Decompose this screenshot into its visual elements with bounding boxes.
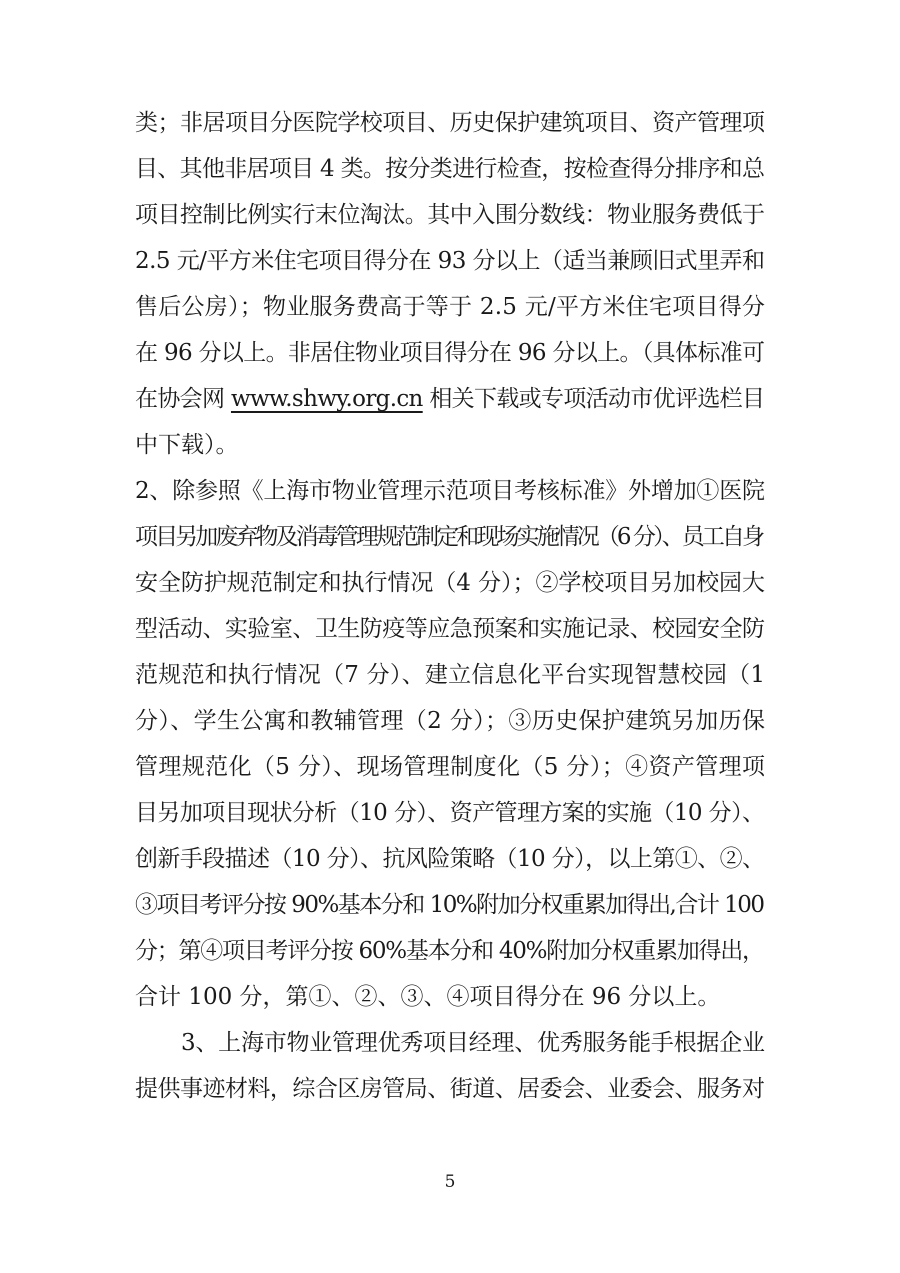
text-line: 安全防护规范制定和执行情况（4 分）；②学校项目另加校园大 [135,560,765,606]
page-number: 5 [135,1172,765,1192]
text-line-content: 类；非居项目分医院学校项目、历史保护建筑项目、资产管理项 [135,100,764,146]
text-line-content: 合计 100 分，第①、②、③、④项目得分在 96 分以上。 [135,974,720,1020]
text-line: 管理规范化（5 分）、现场管理制度化（5 分）；④资产管理项 [135,744,765,790]
text-line: 合计 100 分，第①、②、③、④项目得分在 96 分以上。 [135,974,765,1020]
text-line: 提供事迹材料，综合区房管局、街道、居委会、业委会、服务对 [135,1066,765,1112]
text-line: 项目另加废弃物及消毒管理规范制定和现场实施情况（6 分）、员工自身 [135,514,765,560]
text-line: ③项目考评分按 90%基本分和 10%附加分权重累加得出,合计 100 [135,882,765,928]
text-line-content: 2.5 元/平方米住宅项目得分在 93 分以上（适当兼顾旧式里弄和 [135,238,764,284]
text-line: 分）、学生公寓和教辅管理（2 分）；③历史保护建筑另加历保 [135,698,765,744]
text-segment: 在协会网 [135,386,231,412]
text-line: 项目控制比例实行末位淘汰。其中入围分数线：物业服务费低于 [135,192,765,238]
text-line-content: 2、除参照《上海市物业管理示范项目考核标准》外增加①医院 [135,468,765,514]
text-line-content: 在 96 分以上。非居住物业项目得分在 96 分以上。（具体标准可 [135,330,764,376]
text-line: 分；第④项目考评分按 60%基本分和 40%附加分权重累加得出， [135,928,765,974]
text-line-content: 目、其他非居项目 4 类。按分类进行检查，按检查得分排序和总 [135,146,764,192]
text-line-content: 创新手段描述（10 分）、抗风险策略（10 分），以上第①、②、 [135,836,764,882]
document-page: 类；非居项目分医院学校项目、历史保护建筑项目、资产管理项目、其他非居项目 4 类… [0,0,900,1273]
text-line: 在协会网 www.shwy.org.cn 相关下载或专项活动市优评选栏目 [135,376,765,422]
text-line-content: 售后公房）；物业服务费高于等于 2.5 元/平方米住宅项目得分 [135,284,765,330]
text-line: 类；非居项目分医院学校项目、历史保护建筑项目、资产管理项 [135,100,765,146]
text-line: 型活动、实验室、卫生防疫等应急预案和实施记录、校园安全防 [135,606,765,652]
text-line-content: 3、上海市物业管理优秀项目经理、优秀服务能手根据企业 [181,1020,765,1066]
text-line: 在 96 分以上。非居住物业项目得分在 96 分以上。（具体标准可 [135,330,765,376]
text-line: 2、除参照《上海市物业管理示范项目考核标准》外增加①医院 [135,468,765,514]
text-line: 2.5 元/平方米住宅项目得分在 93 分以上（适当兼顾旧式里弄和 [135,238,765,284]
document-text-block: 类；非居项目分医院学校项目、历史保护建筑项目、资产管理项目、其他非居项目 4 类… [135,100,765,1112]
text-line: 目、其他非居项目 4 类。按分类进行检查，按检查得分排序和总 [135,146,765,192]
hyperlink-url[interactable]: www.shwy.org.cn [231,386,423,412]
text-line: 3、上海市物业管理优秀项目经理、优秀服务能手根据企业 [135,1020,765,1066]
text-line-content: 管理规范化（5 分）、现场管理制度化（5 分）；④资产管理项 [135,744,765,790]
text-line: 目另加项目现状分析（10 分）、资产管理方案的实施（10 分）、 [135,790,765,836]
text-line-content: 项目控制比例实行末位淘汰。其中入围分数线：物业服务费低于 [135,192,764,238]
text-line-content: 范规范和执行情况（7 分）、建立信息化平台实现智慧校园（1 [135,652,765,698]
text-line-content: 安全防护规范制定和执行情况（4 分）；②学校项目另加校园大 [135,560,765,606]
text-line-content: 中下载）。 [135,422,239,468]
text-line: 范规范和执行情况（7 分）、建立信息化平台实现智慧校园（1 [135,652,765,698]
text-segment: 相关下载或专项活动市优评选栏目 [423,386,765,412]
text-line-content: 型活动、实验室、卫生防疫等应急预案和实施记录、校园安全防 [135,606,764,652]
text-line: 售后公房）；物业服务费高于等于 2.5 元/平方米住宅项目得分 [135,284,765,330]
text-line-content: 分）、学生公寓和教辅管理（2 分）；③历史保护建筑另加历保 [135,698,765,744]
text-line-content: 分；第④项目考评分按 60%基本分和 40%附加分权重累加得出， [135,928,764,974]
text-line-content: 项目另加废弃物及消毒管理规范制定和现场实施情况（6 分）、员工自身 [135,514,762,560]
text-line-content: ③项目考评分按 90%基本分和 10%附加分权重累加得出,合计 100 [135,882,764,928]
text-line: 中下载）。 [135,422,765,468]
text-line: 创新手段描述（10 分）、抗风险策略（10 分），以上第①、②、 [135,836,765,882]
text-line-content: 在协会网 www.shwy.org.cn 相关下载或专项活动市优评选栏目 [135,376,764,422]
text-line-content: 提供事迹材料，综合区房管局、街道、居委会、业委会、服务对 [135,1066,764,1112]
text-line-content: 目另加项目现状分析（10 分）、资产管理方案的实施（10 分）、 [135,790,764,836]
